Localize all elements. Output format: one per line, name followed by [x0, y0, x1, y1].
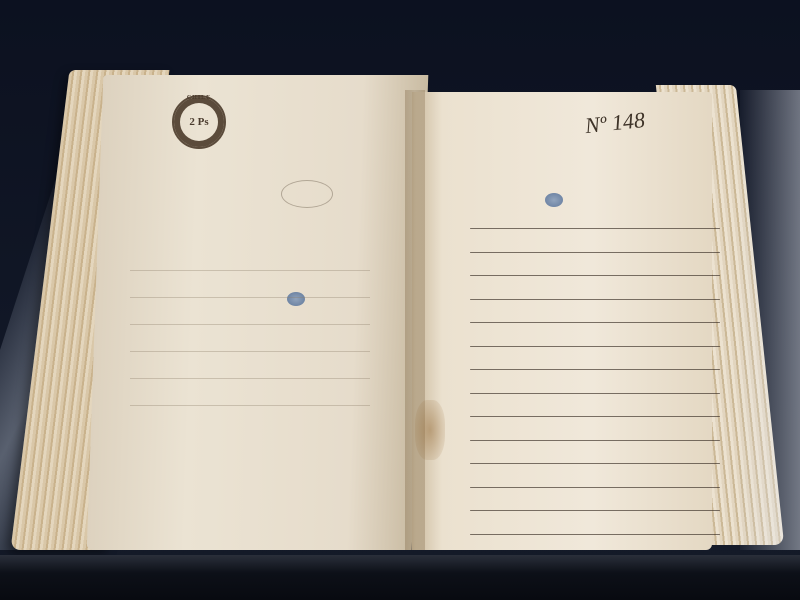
stamp-text: CHILE: [174, 95, 224, 101]
display-shelf: [0, 555, 800, 600]
book-gutter: [405, 90, 425, 550]
acrylic-stand-right: [740, 90, 800, 550]
left-page-faint-writing: [130, 270, 370, 432]
ink-stain: [415, 400, 445, 460]
postal-stamp: CHILE 2 Ps: [172, 95, 226, 149]
right-page-handwriting: [470, 228, 720, 557]
stamp-center-text: 2 Ps: [189, 116, 208, 128]
oval-stamp: [281, 180, 333, 208]
blue-stamp-right: [545, 193, 563, 207]
